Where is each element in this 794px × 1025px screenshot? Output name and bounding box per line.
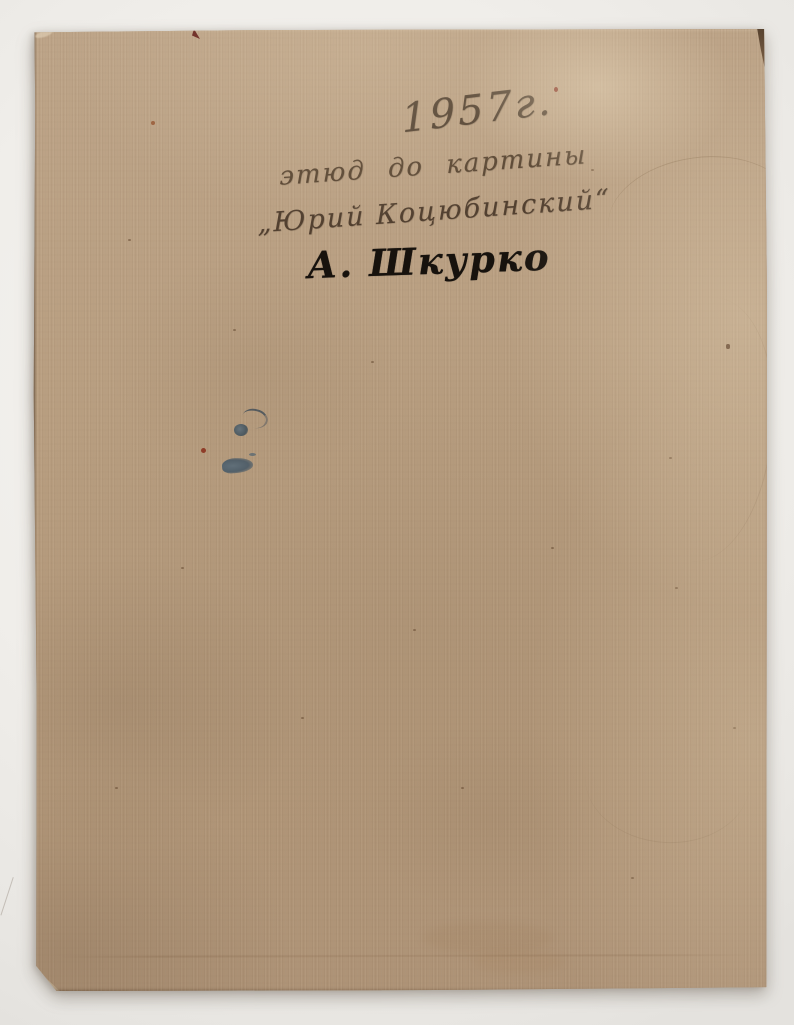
paper-speck	[733, 727, 736, 729]
paper-speck	[669, 457, 672, 459]
paper-speck	[301, 717, 304, 719]
ink-fleck	[249, 453, 256, 456]
crease-line	[58, 954, 748, 958]
bottom-stain	[423, 922, 553, 954]
cardboard-back: 1957г. этюд до картины „Юрий Коцюбинский…	[33, 29, 767, 991]
rust-speck	[151, 121, 155, 125]
inscription-picture-title: „Юрий Коцюбинский“	[257, 184, 611, 240]
paper-speck	[631, 877, 634, 879]
ink-blot-small-tail	[240, 406, 270, 431]
paper-speck	[413, 629, 416, 631]
paper-speck	[591, 169, 594, 171]
red-speck	[201, 448, 206, 453]
paper-speck	[181, 567, 184, 569]
paper-speck	[461, 787, 464, 789]
paper-speck	[128, 239, 131, 241]
cardboard-shadow: 1957г. этюд до картины „Юрий Коцюбинский…	[33, 29, 767, 991]
artwork-photo: 1957г. этюд до картины „Юрий Коцюбинский…	[0, 0, 794, 1025]
scratch-arc	[581, 711, 754, 848]
brown-speck	[726, 344, 730, 349]
paper-speck	[371, 361, 374, 363]
ink-blot-small	[234, 424, 248, 436]
scratch-arc	[618, 290, 786, 568]
inscription-study-line: этюд до картины	[279, 140, 587, 192]
paper-speck	[551, 547, 554, 549]
scratch-arc	[601, 145, 794, 286]
inscription-year: 1957г.	[400, 78, 554, 143]
top-left-corner-bevel	[35, 28, 54, 39]
ink-blot-large	[222, 457, 254, 474]
paper-speck	[233, 329, 236, 331]
inscription-artist-signature: А. Шкурко	[306, 235, 551, 287]
red-stain-top-edge	[192, 29, 200, 39]
bottom-left-corner-chip	[34, 967, 62, 993]
red-speck	[554, 87, 558, 92]
bottom-stain	[473, 951, 563, 973]
paper-speck	[675, 587, 678, 589]
top-right-corner-chip	[753, 29, 767, 79]
paper-speck	[115, 787, 118, 789]
